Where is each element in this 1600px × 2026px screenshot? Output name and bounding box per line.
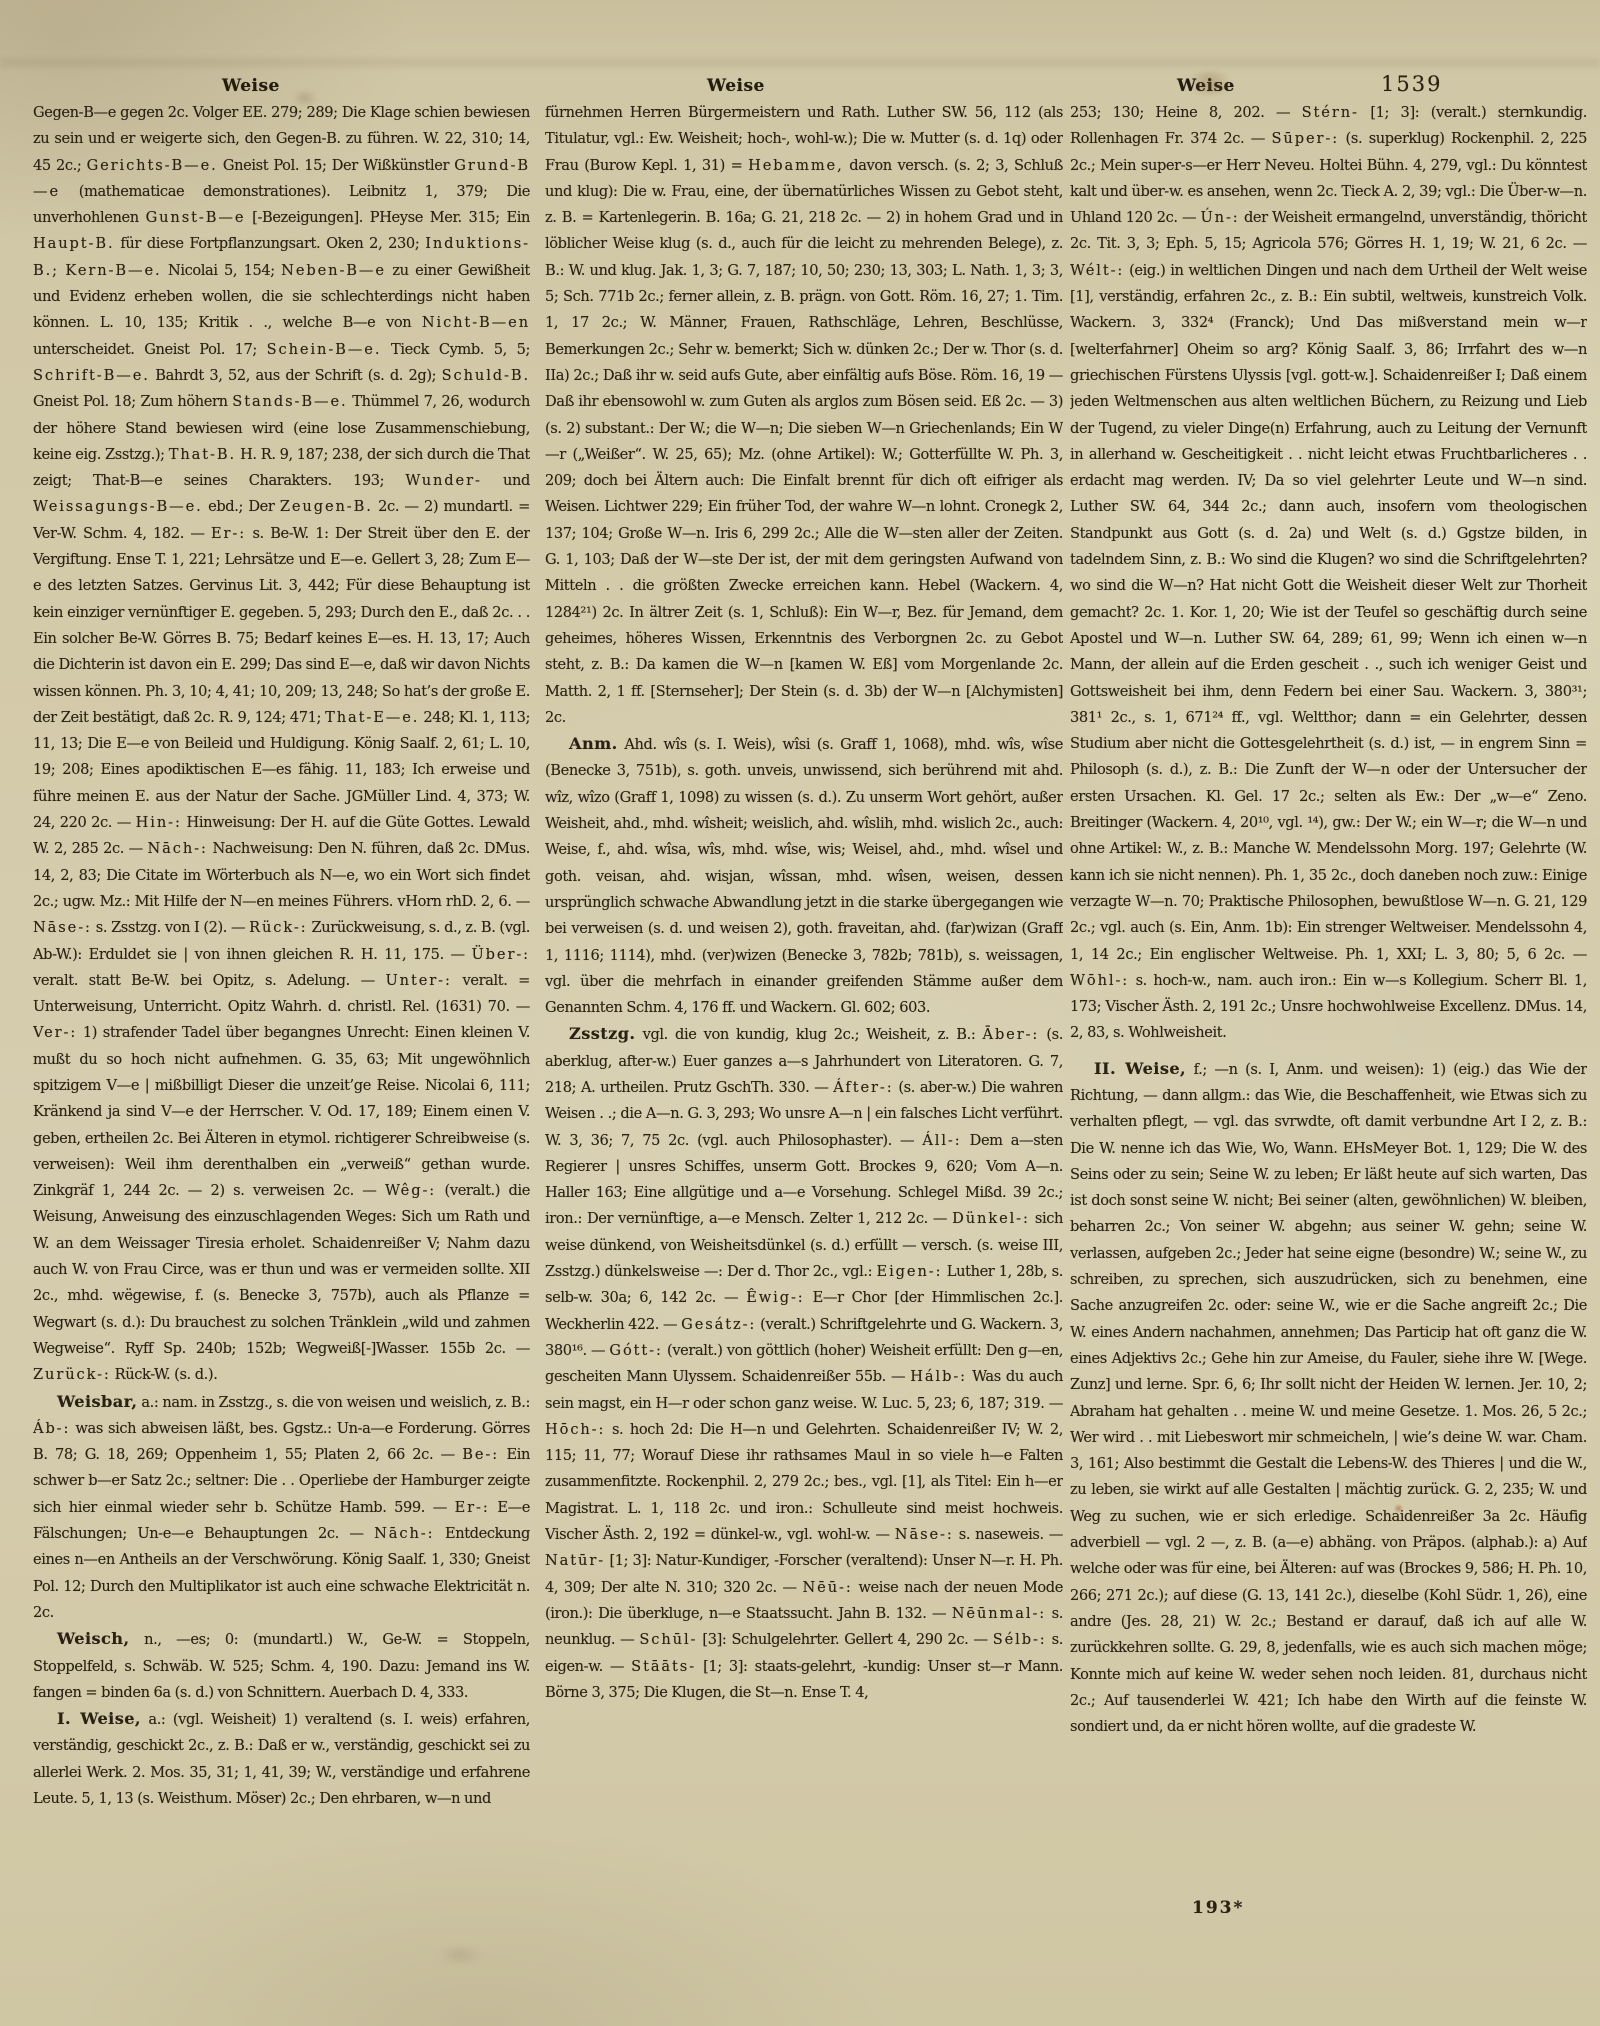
text-run: unterscheidet. Gneist Pol. 17; bbox=[33, 341, 267, 358]
compound-lemma: Stāāts- bbox=[631, 1658, 696, 1675]
text-run: davon versch. (s. 2; 3, Schluß und klug)… bbox=[545, 157, 1063, 726]
text-run: 1) strafender Tadel über begangnes Unrec… bbox=[33, 1024, 530, 1199]
compound-lemma: Wōhl-: bbox=[1070, 972, 1129, 989]
compound-lemma: Über-: bbox=[471, 946, 530, 963]
compound-lemma: Hin-: bbox=[136, 814, 182, 831]
compound-lemma: Nicht-B—en bbox=[422, 314, 530, 331]
dictionary-paragraph: fürnehmen Herren Bürgermeistern und Rath… bbox=[545, 100, 1063, 731]
compound-lemma: Nāse-: bbox=[895, 1526, 954, 1543]
compound-lemma: Êwig-: bbox=[746, 1289, 804, 1306]
text-run: Gneist Pol. 15; Der Wißkünstler bbox=[218, 157, 455, 174]
running-title-right: Weise bbox=[1177, 76, 1235, 96]
text-run: [-Bezeigungen]. PHeyse Mer. 315; Ein bbox=[245, 209, 530, 226]
text-run: Tieck Cymb. 5, 5; bbox=[381, 341, 530, 358]
text-column-center: fürnehmen Herren Bürgermeistern und Rath… bbox=[545, 100, 1063, 1918]
compound-lemma: Neben-B—e bbox=[281, 262, 386, 279]
compound-lemma: Hálb-: bbox=[910, 1368, 967, 1385]
text-run: veralt. statt Be-W. bei Opitz, s. Adelun… bbox=[33, 972, 385, 989]
compound-lemma: Gerichts-B—e. bbox=[87, 157, 218, 174]
compound-lemma: Stands-B—e. bbox=[232, 393, 347, 410]
compound-lemma: Āber-: bbox=[983, 1026, 1040, 1043]
compound-lemma: Dünkel-: bbox=[952, 1210, 1030, 1227]
compound-lemma: Schuld-B. bbox=[442, 367, 530, 384]
compound-lemma: Nēūnmal-: bbox=[952, 1605, 1046, 1622]
text-run: vgl. die von kundig, klug 2c.; Weisheit,… bbox=[635, 1026, 982, 1043]
text-run: und bbox=[482, 472, 530, 489]
text-run: 248; Kl. 1, 113; 11, 13; Die E—e von Bei… bbox=[33, 709, 530, 831]
compound-lemma: Schūl- bbox=[639, 1631, 697, 1648]
compound-lemma: Sélb-: bbox=[993, 1631, 1047, 1648]
dictionary-paragraph: Gegen-B—e gegen 2c. Volger EE. 279; 289;… bbox=[33, 100, 530, 1389]
text-run: s. Zsstzg. von I (2). — bbox=[92, 919, 249, 936]
text-run: (eig.) in weltlichen Dingen und nach dem… bbox=[1070, 262, 1587, 963]
compound-lemma: Wélt-: bbox=[1070, 262, 1124, 279]
compound-lemma: Nēū-: bbox=[803, 1579, 853, 1596]
text-run: 253; 130; Heine 8, 202. — bbox=[1070, 104, 1302, 121]
entry-headword: Zsstzg. bbox=[569, 1024, 635, 1043]
compound-lemma: Wêg-: bbox=[385, 1182, 436, 1199]
compound-lemma: Er-: bbox=[455, 1499, 490, 1516]
dictionary-paragraph: II. Weise, f.; —n (s. I, Anm. und weisen… bbox=[1070, 1056, 1587, 1741]
running-title-center: Weise bbox=[707, 76, 765, 96]
dictionary-paragraph: Weisbar, a.: nam. in Zsstzg., s. die von… bbox=[33, 1389, 530, 1627]
text-run: s. hoch-w., nam. auch iron.: Ein w—s Kol… bbox=[1070, 972, 1587, 1042]
compound-lemma: Áb-: bbox=[33, 1420, 70, 1437]
compound-lemma: Be-: bbox=[462, 1446, 499, 1463]
compound-lemma: Nāch-: bbox=[148, 840, 208, 857]
text-column-right: 253; 130; Heine 8, 202. — Stérn- [1; 3]:… bbox=[1070, 100, 1587, 1918]
entry-headword: I. Weise, bbox=[57, 1709, 141, 1728]
text-column-left: Gegen-B—e gegen 2c. Volger EE. 279; 289;… bbox=[33, 100, 530, 1918]
text-run: s. naseweis. — bbox=[954, 1526, 1063, 1543]
text-run: ebd.; Der bbox=[203, 498, 280, 515]
text-run: Rück-W. (s. d.). bbox=[111, 1366, 218, 1383]
dictionary-paragraph: Zsstzg. vgl. die von kundig, klug 2c.; W… bbox=[545, 1021, 1063, 1706]
compound-lemma: Áll-: bbox=[922, 1132, 961, 1149]
compound-lemma: Natūr- bbox=[545, 1552, 605, 1569]
dictionary-paragraph: Anm. Ahd. wîs (s. I. Weis), wîsi (s. Gra… bbox=[545, 731, 1063, 1021]
text-run: s. hoch 2d: Die H—n und Gelehrten. Schai… bbox=[545, 1421, 1063, 1543]
compound-lemma: Schein-B—e. bbox=[267, 341, 382, 358]
entry-headword: II. Weise, bbox=[1094, 1059, 1186, 1078]
compound-lemma: Stérn- bbox=[1302, 104, 1359, 121]
text-run: was sich abweisen läßt, bes. Ggstz.: Un-… bbox=[33, 1420, 530, 1463]
compound-lemma: Zurück-: bbox=[33, 1366, 111, 1383]
text-run: a.: nam. in Zsstzg., s. die von weisen u… bbox=[137, 1394, 530, 1411]
entry-headword: Anm. bbox=[569, 734, 618, 753]
compound-lemma: Sūper-: bbox=[1272, 130, 1340, 147]
compound-lemma: Nāch-: bbox=[374, 1525, 434, 1542]
compound-lemma: That-B. bbox=[169, 446, 236, 463]
compound-lemma: Weissagungs-B—e. bbox=[33, 498, 203, 515]
compound-lemma: That-E—e. bbox=[325, 709, 419, 726]
signature-mark: 193* bbox=[1192, 1898, 1244, 1918]
text-run: s. Be-W. 1: Der Streit über den E. der V… bbox=[33, 525, 530, 726]
text-run: (veralt.) die Weisung, Anweisung des ein… bbox=[33, 1182, 530, 1357]
text-run: Gneist Pol. 18; Zum höhern bbox=[33, 393, 232, 410]
compound-lemma: Nāse-: bbox=[33, 919, 92, 936]
compound-lemma: Schrift-B—e. bbox=[33, 367, 150, 384]
compound-lemma: Gunst-B—e bbox=[146, 209, 246, 226]
entry-headword: Weisch, bbox=[57, 1629, 129, 1648]
text-run: Ahd. wîs (s. I. Weis), wîsi (s. Graff 1,… bbox=[545, 736, 1063, 1016]
compound-lemma: Hōch-: bbox=[545, 1421, 605, 1438]
page-number: 1539 bbox=[1381, 72, 1442, 96]
text-run: Bahrdt 3, 52, aus der Schrift (s. d. 2g)… bbox=[150, 367, 442, 384]
dictionary-paragraph: 253; 130; Heine 8, 202. — Stérn- [1; 3]:… bbox=[1070, 100, 1587, 1047]
paper-stain bbox=[430, 1948, 490, 1962]
compound-lemma: Gótt-: bbox=[609, 1342, 662, 1359]
compound-lemma: Hebamme, bbox=[748, 157, 844, 174]
text-run: für diese Fortpflanzungsart. Oken 2, 230… bbox=[115, 235, 426, 252]
compound-lemma: Kern-B—e. bbox=[65, 262, 161, 279]
compound-lemma: Wunder- bbox=[405, 472, 481, 489]
compound-lemma: Haupt-B. bbox=[33, 235, 115, 252]
dictionary-scan-page: Weise Weise Weise 1539 Gegen-B—e gegen 2… bbox=[0, 0, 1600, 2026]
text-run: Nicolai 5, 154; bbox=[162, 262, 282, 279]
text-run: [3]: Schulgelehrter. Gellert 4, 290 2c. … bbox=[697, 1631, 992, 1648]
scan-artifact-line bbox=[0, 58, 1600, 67]
dictionary-paragraph: I. Weise, a.: (vgl. Weisheit) 1) veralte… bbox=[33, 1706, 530, 1812]
text-run: f.; —n (s. I, Anm. und weisen): 1) (eig.… bbox=[1070, 1061, 1587, 1735]
compound-lemma: Rück-: bbox=[249, 919, 307, 936]
compound-lemma: Ver-: bbox=[33, 1024, 77, 1041]
compound-lemma: Gesátz-: bbox=[681, 1316, 756, 1333]
compound-lemma: Unter-: bbox=[385, 972, 451, 989]
running-title-left: Weise bbox=[222, 76, 280, 96]
entry-headword: Weisbar, bbox=[57, 1392, 137, 1411]
dictionary-paragraph: Weisch, n., —es; 0: (mundartl.) W., Ge-W… bbox=[33, 1626, 530, 1706]
compound-lemma: Zeugen-B. bbox=[280, 498, 373, 515]
compound-lemma: Eigen-: bbox=[877, 1263, 943, 1280]
compound-lemma: Áfter-: bbox=[833, 1079, 893, 1096]
compound-lemma: Ún-: bbox=[1200, 209, 1239, 226]
compound-lemma: Er-: bbox=[211, 525, 246, 542]
